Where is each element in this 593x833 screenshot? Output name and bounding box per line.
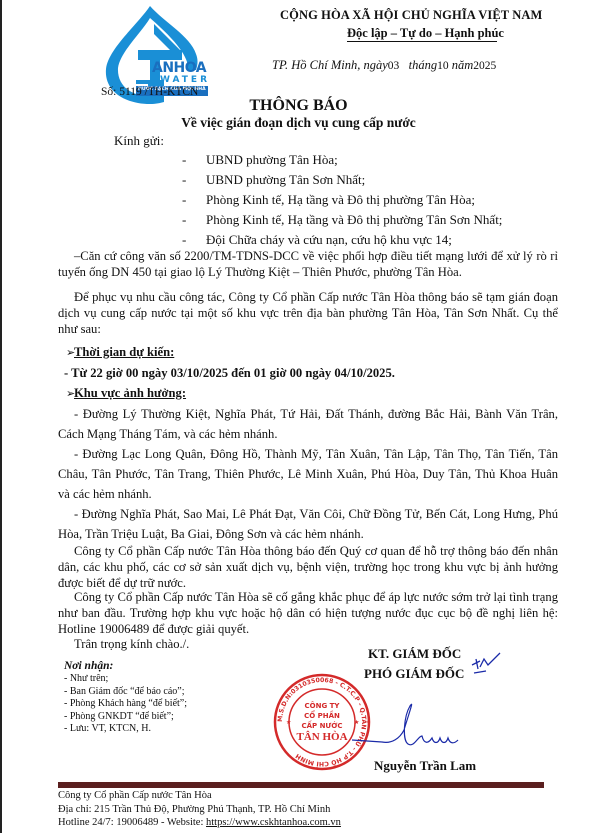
signer-title-2: PHÓ GIÁM ĐỐC xyxy=(364,666,464,682)
recipients-footer-item: - Như trên; xyxy=(64,673,187,686)
recipient-list: -UBND phường Tân Hòa; -UBND phường Tân S… xyxy=(182,150,502,250)
date-day: 03 xyxy=(388,60,400,72)
closing-line: Trân trọng kính chào./. xyxy=(58,636,558,652)
svg-text:CÔNG TY: CÔNG TY xyxy=(305,701,341,710)
notice-paragraph: Công ty Cổ phần Cấp nước Tân Hòa thông b… xyxy=(58,543,558,591)
recipients-footer-item: - Lưu: VT, KTCN, H. xyxy=(64,723,187,736)
handwritten-signature-icon xyxy=(352,700,502,760)
svg-text:CỔ PHẦN: CỔ PHẦN xyxy=(304,710,340,720)
recipient-item: -Phòng Kinh tế, Hạ tầng và Đô thị phường… xyxy=(182,190,502,210)
date-year: 2025 xyxy=(473,60,496,72)
footer-company: Công ty Cổ phần Cấp nước Tân Hòa xyxy=(58,789,341,803)
svg-text:CẤP NƯỚC: CẤP NƯỚC xyxy=(301,720,342,730)
area-item: - Đường Lạc Long Quân, Đông Hồ, Thành Mỹ… xyxy=(58,444,558,504)
recipient-item: -UBND phường Tân Sơn Nhất; xyxy=(182,170,502,190)
signer-name: Nguyễn Trần Lam xyxy=(374,758,476,774)
time-heading: ➢Thời gian dự kiến: xyxy=(58,343,558,363)
recipients-footer-item: - Phòng GNKDT “để biết”; xyxy=(64,711,187,724)
footer-address: Địa chỉ: 215 Trần Thủ Độ, Phường Phú Thạ… xyxy=(58,803,341,817)
recipients-footer-item: - Phòng Khách hàng “để biết”; xyxy=(64,698,187,711)
logo-text-sub: WATER xyxy=(160,75,210,85)
date-month-label: tháng xyxy=(409,58,437,72)
website-link[interactable]: https://www.cskhtanhoa.com.vn xyxy=(206,817,341,828)
intro-paragraph: Để phục vụ nhu cầu công tác, Công ty Cổ … xyxy=(58,289,558,337)
reference-paragraph: –Căn cứ công văn số 2200/TM-TDNS-DCC về … xyxy=(58,248,558,280)
national-title: CỘNG HÒA XÃ HỘI CHỦ NGHĨA VIỆT NAM xyxy=(280,8,542,23)
date-prefix: TP. Hồ Chí Minh, ngày xyxy=(272,58,388,72)
national-motto: Độc lập – Tự do – Hạnh phúc xyxy=(347,26,504,41)
motto-underline xyxy=(347,41,497,42)
area-item: - Đường Nghĩa Phát, Sao Mai, Lê Phát Đạt… xyxy=(58,504,558,544)
document-subtitle: Về việc gián đoạn dịch vụ cung cấp nước xyxy=(2,115,593,131)
issue-date: TP. Hồ Chí Minh, ngày03 tháng10 năm2025 xyxy=(272,58,496,73)
arrow-bullet-icon: ➢ xyxy=(58,385,74,404)
recipient-item: -UBND phường Tân Hòa; xyxy=(182,150,502,170)
recipient-item: -Đội Chữa cháy và cứu nạn, cứu hộ khu vự… xyxy=(182,230,502,250)
footer-info: Công ty Cổ phần Cấp nước Tân Hòa Địa chỉ… xyxy=(58,789,341,830)
footer-contact: Hotline 24/7: 19006489 - Website: https:… xyxy=(58,816,341,830)
logo-text-main: ANHOA xyxy=(152,60,206,76)
recipients-footer-list: - Như trên; - Ban Giám đốc “để báo cáo”;… xyxy=(64,673,187,736)
area-heading: ➢Khu vực ảnh hưởng: xyxy=(58,384,558,404)
recipients-footer-heading: Nơi nhận: xyxy=(64,660,113,672)
initial-mark-icon xyxy=(470,651,504,675)
date-month: 10 xyxy=(437,60,449,72)
time-value: - Từ 22 giờ 00 ngày 03/10/2025 đến 01 gi… xyxy=(58,364,558,383)
svg-text:TÂN HÒA: TÂN HÒA xyxy=(296,731,347,743)
svg-text:★: ★ xyxy=(286,719,291,726)
area-item: - Đường Lý Thường Kiệt, Nghĩa Phát, Tứ H… xyxy=(58,404,558,444)
recipient-item: -Phòng Kinh tế, Hạ tầng và Đô thị phường… xyxy=(182,210,502,230)
commitment-paragraph: Công ty Cổ phần Cấp nước Tân Hòa sẽ cố g… xyxy=(58,589,558,637)
recipients-footer-item: - Ban Giám đốc “để báo cáo”; xyxy=(64,686,187,699)
arrow-bullet-icon: ➢ xyxy=(58,344,74,363)
signer-title-1: KT. GIÁM ĐỐC xyxy=(368,646,461,662)
date-year-label: năm xyxy=(452,58,474,72)
footer-divider xyxy=(58,782,544,788)
greeting: Kính gửi: xyxy=(114,133,164,149)
document-title: THÔNG BÁO xyxy=(2,97,593,115)
